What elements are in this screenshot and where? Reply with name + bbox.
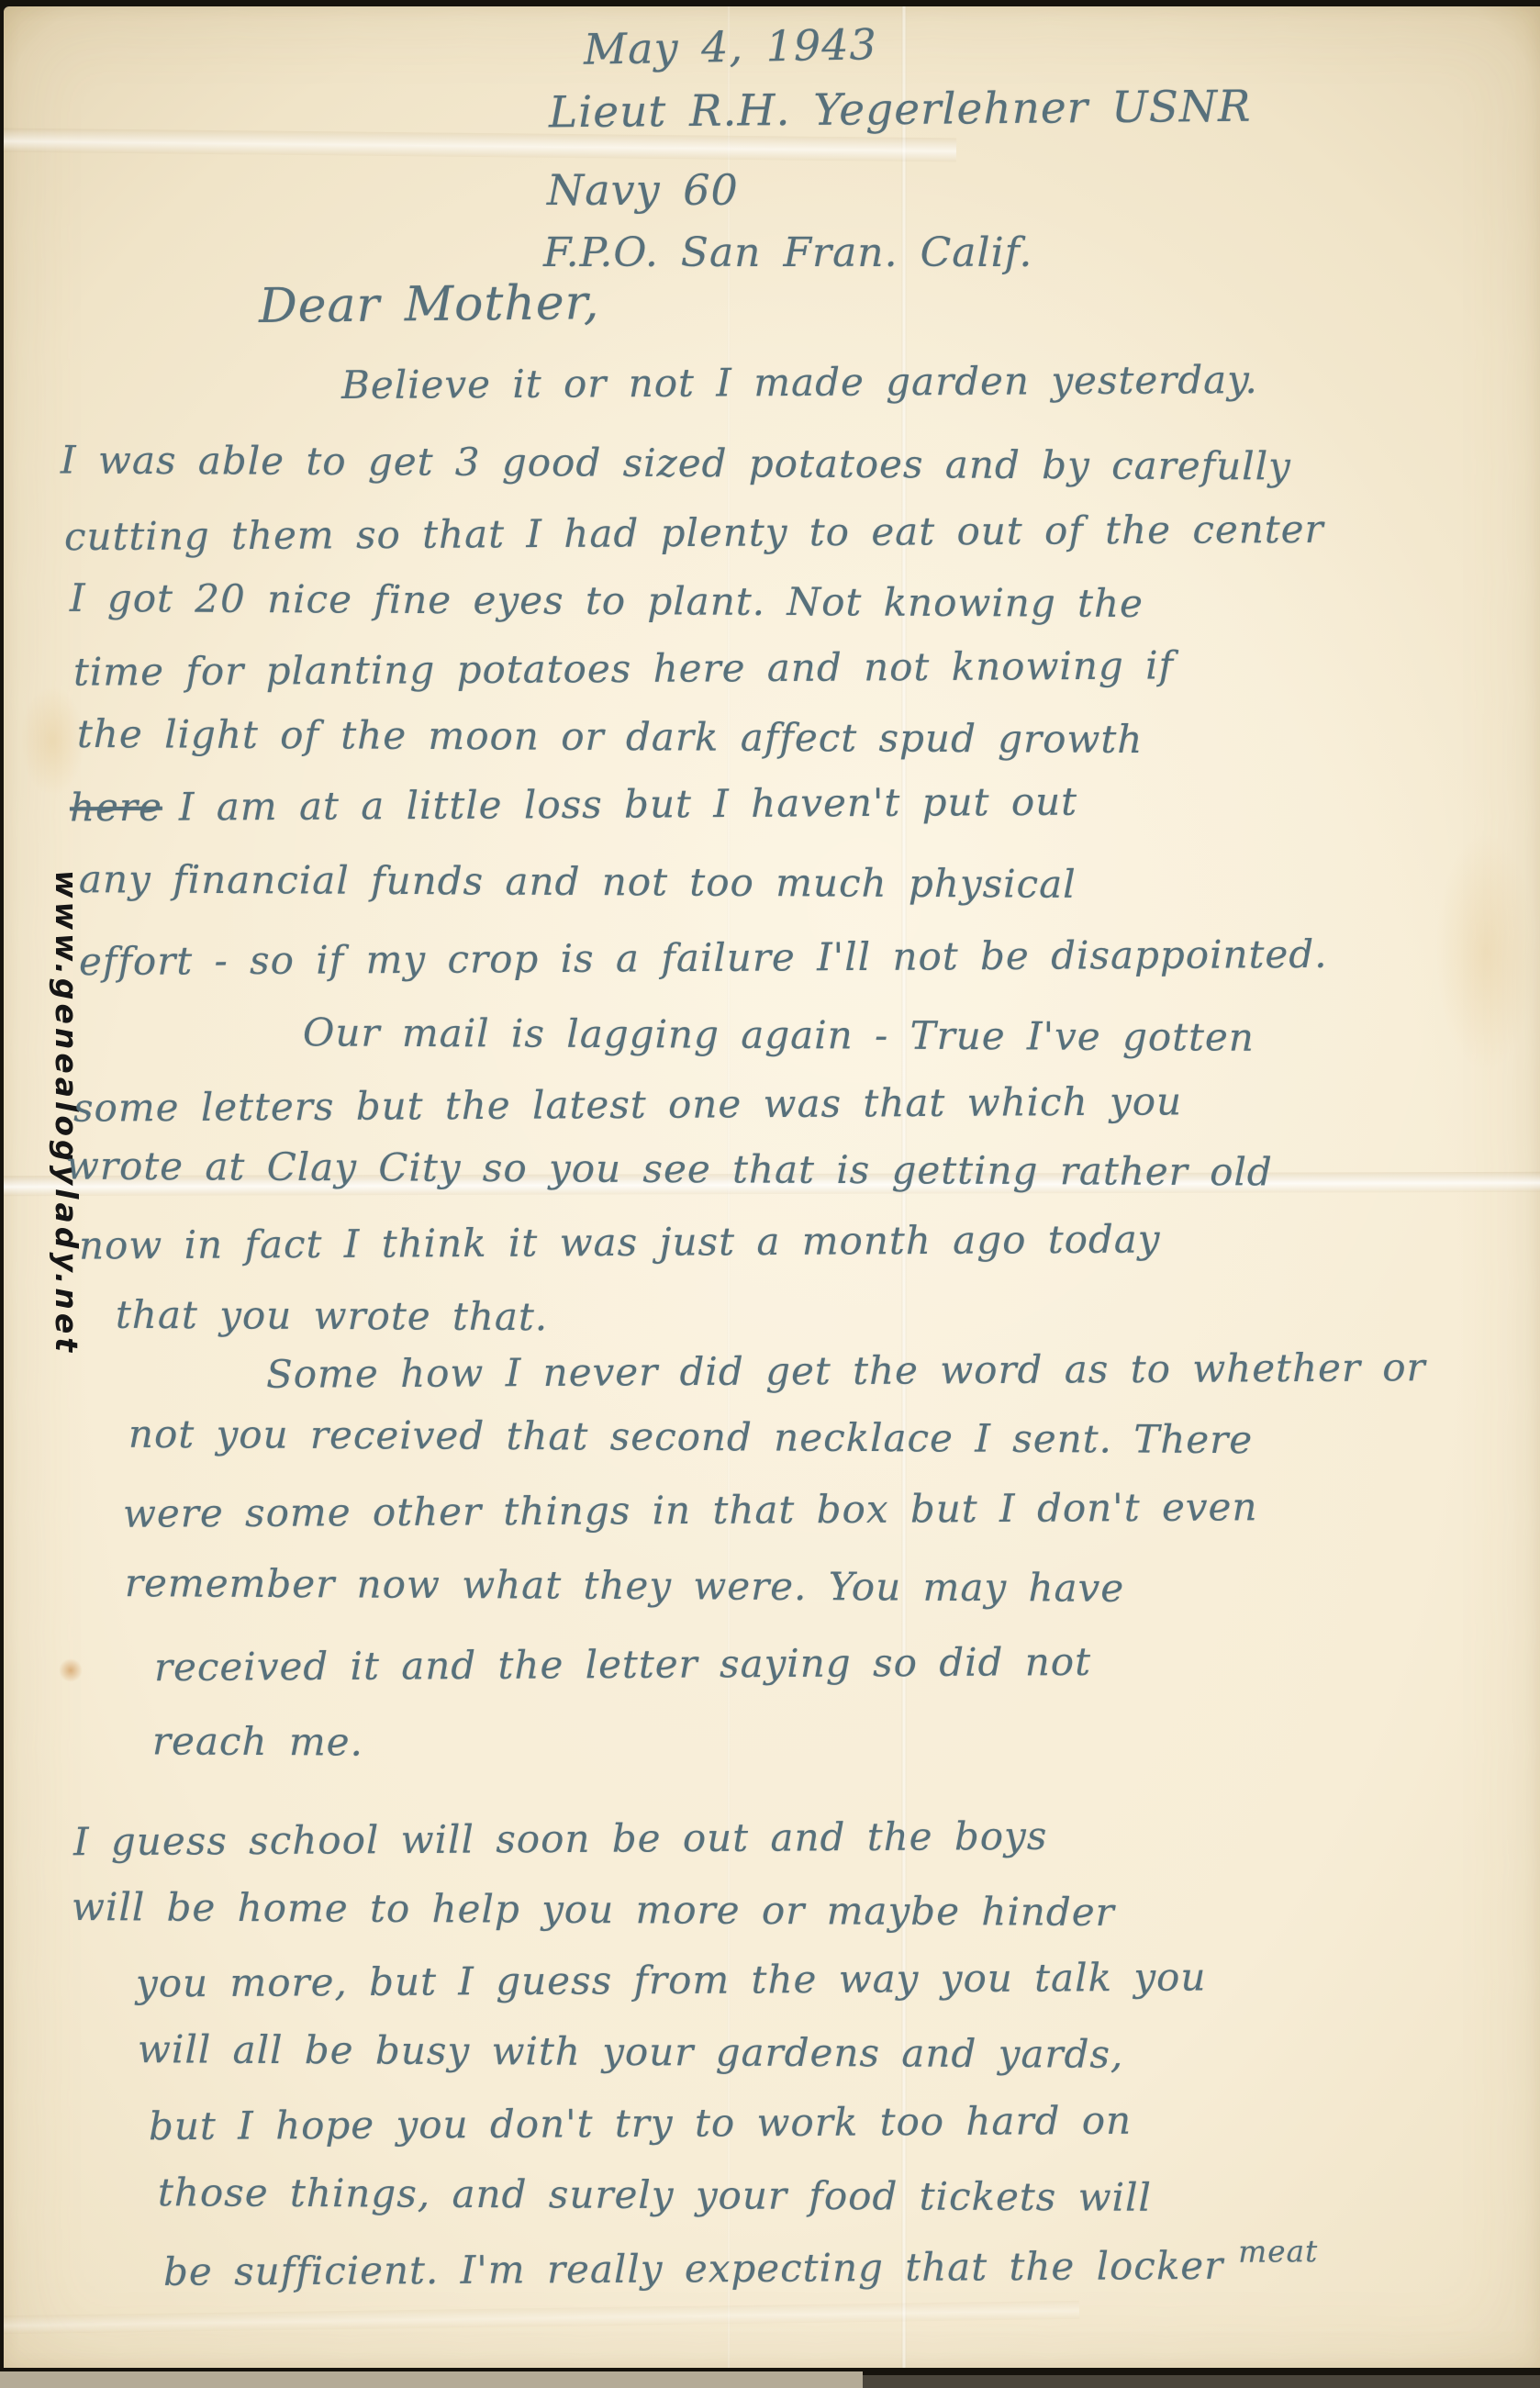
letter-line: now in fact I think it was just a month … <box>79 1216 1161 1267</box>
letter-line: those things, and surely your food ticke… <box>158 2170 1152 2220</box>
letter-line: received it and the letter saying so did… <box>154 1639 1091 1690</box>
letter-line: I guess school will soon be out and the … <box>73 1813 1048 1864</box>
letter-line: will all be busy with your gardens and y… <box>138 2026 1124 2077</box>
letter-sender-line: Lieut R.H. Yegerlehner USNR <box>549 82 1252 139</box>
letter-line: but I hope you don't try to work too har… <box>149 2098 1132 2149</box>
salutation: Dear Mother, <box>259 275 600 334</box>
letter-line: hereI am at a little loss but I haven't … <box>70 779 1077 831</box>
letter-line: were some other things in that box but I… <box>123 1484 1258 1536</box>
letter-line: you more, but I guess from the way you t… <box>136 1954 1207 2005</box>
scanner-edge-strip-dark <box>863 2375 1540 2388</box>
age-stain <box>20 686 84 796</box>
letter-line: cutting them so that I had plenty to eat… <box>64 507 1324 559</box>
raised-word: meat <box>1238 2234 1318 2270</box>
letter-line: time for planting potatoes here and not … <box>73 642 1174 694</box>
letter-line: I was able to get 3 good sized potatoes … <box>61 437 1291 488</box>
age-stain-right <box>1435 832 1536 1071</box>
letter-line: reach me. <box>152 1718 363 1764</box>
rust-spot <box>59 1658 83 1682</box>
letter-line: not you received that second necklace I … <box>128 1412 1253 1462</box>
letter-line: some letters but the latest one was that… <box>73 1078 1182 1130</box>
letter-line: the light of the moon or dark affect spu… <box>77 711 1144 762</box>
scanner-edge-strip <box>0 2371 863 2388</box>
letter-line: any financial funds and not too much phy… <box>79 856 1077 907</box>
letter-line: will be home to help you more or maybe h… <box>72 1884 1115 1935</box>
struck-word: here <box>70 785 162 831</box>
letter-line: I got 20 nice fine eyes to plant. Not kn… <box>70 575 1144 626</box>
letter-address-line: F.P.O. San Fran. Calif. <box>543 229 1032 276</box>
letter-line: Our mail is lagging again - True I've go… <box>303 1010 1255 1059</box>
letter-line: that you wrote that. <box>116 1292 548 1339</box>
letter-line: Believe it or not I made garden yesterda… <box>341 357 1258 407</box>
letter-line: effort - so if my crop is a failure I'll… <box>79 932 1328 984</box>
letter-date: May 4, 1943 <box>584 19 878 74</box>
letter-line: be sufficient. I'm really expecting that… <box>163 2242 1319 2294</box>
scanned-letter-page: { "scan": { "watermark": "www.genealogyl… <box>0 0 1540 2388</box>
letter-line: wrote at Clay City so you see that is ge… <box>66 1144 1273 1195</box>
letter-line: Some how I never did get the word as to … <box>266 1345 1426 1397</box>
letter-unit-line: Navy 60 <box>547 165 739 215</box>
horizontal-crease-bottom <box>4 2301 1079 2334</box>
letter-line: remember now what they were. You may hav… <box>125 1560 1124 1611</box>
